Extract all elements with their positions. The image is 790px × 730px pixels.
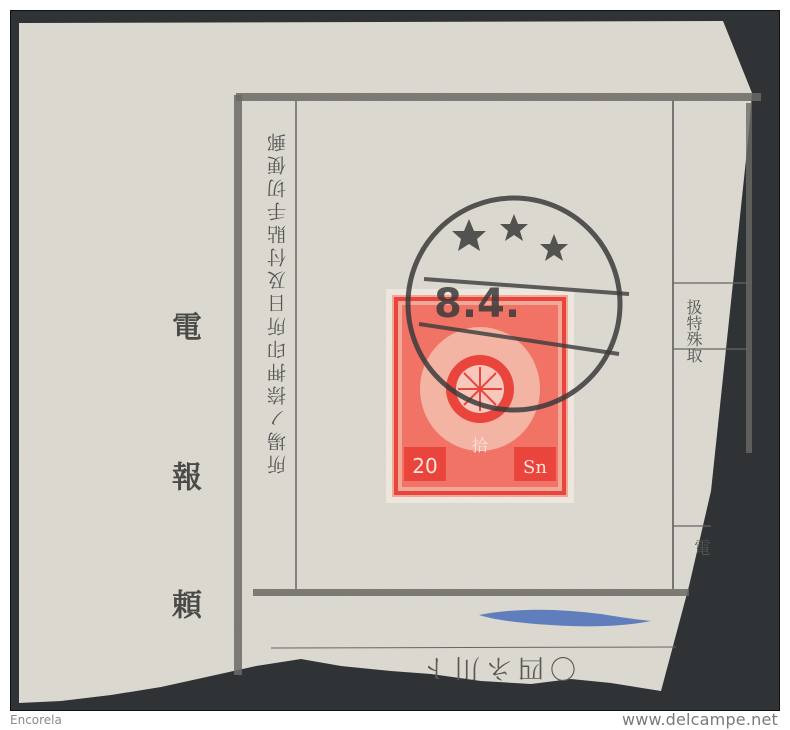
form-title-char-3: 頼 (161, 589, 205, 619)
postmark-date: 8.4. (434, 281, 520, 327)
stamp-denomination: 20 (412, 454, 437, 478)
stamp-center-char: 拾 (472, 436, 488, 455)
handling-label: 扱特殊取 (684, 299, 702, 363)
form-title-char-1: 電 (161, 311, 205, 341)
site-watermark: www.delcampe.net (622, 710, 778, 729)
form-title-char-2: 報 (161, 461, 205, 491)
seller-name: Encorela (10, 713, 62, 727)
pencil-note: 〇四ネ川ト (416, 651, 576, 688)
instruction-text: 所場ノ捺押印所日及付貼手切便郵 (264, 129, 291, 474)
den-label: 電 (688, 539, 713, 556)
item-photo: 電 報 頼 所場ノ捺押印所日及付貼手切便郵 扱特殊取 電 20 Sn 拾 (10, 10, 780, 711)
postmark: 8.4. (389, 189, 639, 429)
stamp-unit: Sn (523, 457, 547, 478)
